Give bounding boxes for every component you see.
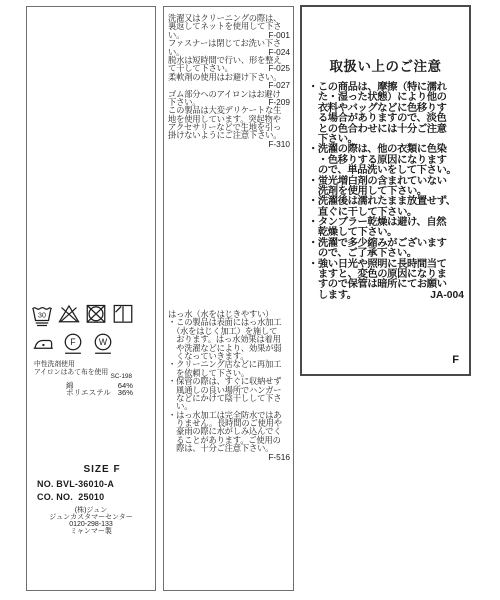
handling-precautions-panel: 取扱い上のご注意 ・この商品は、摩擦（特に濡れ た・湿った状態）により他の 衣料…	[300, 5, 471, 376]
instruction-text: 柔軟剤の使用はお避け下さい。	[168, 73, 281, 81]
iron-low-icon	[32, 332, 54, 357]
care-symbols-block: 30	[31, 303, 134, 357]
instruction-line: F-516	[168, 453, 290, 461]
dryclean-letter: F	[70, 337, 75, 347]
wet-clean-gentle-icon: W	[92, 332, 114, 357]
wash-instructions-panel: 洗濯又はクリーニングの際は、 裏返してネットを使用して下さ い。 F-001 フ…	[163, 6, 294, 591]
note-line: 中性洗剤使用	[34, 361, 108, 369]
do-not-bleach-icon	[58, 303, 80, 328]
material-name: ポリエステル	[66, 389, 111, 396]
company-number: CO. NO. 25010	[37, 492, 104, 502]
dry-clean-petroleum-gentle-icon: F	[62, 332, 84, 357]
company-info-line: ジュンカスタマーセンター	[27, 514, 155, 521]
fabric-composition: 綿 64% ポリエステル 36%	[66, 382, 133, 397]
care-symbols-row-1: 30	[31, 303, 134, 328]
detergent-iron-notes: 中性洗剤使用アイロンはあて布を使用	[34, 361, 108, 377]
size-label: SIZE F	[27, 464, 155, 475]
line-dry-in-shade-icon	[112, 303, 134, 328]
wash-instructions-block: 洗濯又はクリーニングの際は、 裏返してネットを使用して下さ い。 F-001 フ…	[168, 14, 290, 148]
precaution-line: る場合がありますので、淡色	[308, 114, 464, 124]
precaution-text: る場合がありますので、淡色	[308, 114, 446, 124]
instruction-text: ファスナーは閉じてお洗い下さ	[168, 39, 281, 47]
precaution-code: JA-004	[430, 291, 464, 301]
precaution-text: ので、単品洗いをして下さい。	[308, 166, 456, 176]
care-label-panel: 30	[26, 6, 156, 591]
wetclean-letter: W	[99, 337, 108, 347]
company-info-line: (株)ジュン	[27, 507, 155, 514]
instruction-text: 裏返してネットを使用して下さ	[168, 22, 281, 30]
precautions-title: 取扱い上のご注意	[302, 55, 469, 75]
wash-temp-value: 30	[38, 312, 46, 320]
do-not-tumble-dry-icon	[85, 303, 107, 328]
instruction-code: F-310	[268, 140, 290, 148]
instruction-code: F-516	[268, 453, 290, 461]
care-symbols-row-2: F W	[32, 332, 134, 357]
precautions-body: ・この商品は、摩擦（特に濡れ た・湿った状態）により他の 衣料やバッグなどに色移…	[308, 83, 464, 301]
water-repellent-block: はっ水（水をはじきやすい） ・この製品は表面にはっ水加工 （水をはじく加工）を施…	[168, 310, 290, 461]
wash-30-mild-icon: 30	[31, 303, 53, 328]
instruction-text: 掛けないようにご注意下さい。	[168, 131, 281, 139]
material-percent: 36%	[118, 389, 133, 396]
company-info: (株)ジュンジュンカスタマーセンター0120-298-133ミャンマー製	[27, 507, 155, 535]
precaution-line: します。 JA-004	[308, 291, 464, 301]
quality-control-code: SC-198	[111, 373, 132, 380]
company-info-line: 0120-298-133	[27, 521, 155, 528]
note-line: アイロンはあて布を使用	[34, 369, 108, 377]
precaution-text: します。	[308, 291, 357, 301]
composition-row: ポリエステル 36%	[66, 389, 133, 396]
instruction-text: 際は、十分ご注意下さい。	[168, 444, 273, 452]
precaution-line: ので、単品洗いをして下さい。	[308, 166, 464, 176]
product-number: NO. BVL-36010-A	[37, 479, 114, 489]
instruction-line: F-310	[168, 140, 290, 148]
panel-footer-letter: F	[452, 354, 459, 366]
company-info-line: ミャンマー製	[27, 528, 155, 535]
